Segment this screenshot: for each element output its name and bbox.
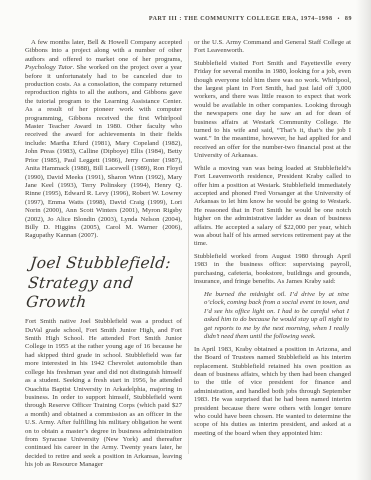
text-columns: A few months later, Bell & Howell Compan… [25, 39, 353, 470]
italic-title: Psychology Tutor [25, 64, 73, 71]
paragraph: or the U.S. Army Command and General Sta… [194, 39, 351, 56]
paragraph: In April 1983, Kraby obtained a position… [194, 346, 351, 438]
paragraph: Fort Smith native Joel Stubblefield was … [25, 318, 182, 469]
chapter-script-heading: Joel Stubblefield:Strategy and Growth [25, 254, 188, 313]
heading-line: Strategy and Growth [25, 273, 186, 312]
heading-line: Joel Stubblefield: [29, 254, 188, 274]
column-divider-rule [188, 41, 189, 454]
paragraph: A few months later, Bell & Howell Compan… [25, 39, 182, 241]
page-number: 89 [345, 16, 352, 22]
page-edge-shadow [356, 0, 371, 480]
right-column: or the U.S. Army Command and General Sta… [194, 39, 351, 470]
paragraph: Stubblefield worked from August 1980 thr… [194, 253, 351, 287]
paragraph: Stubblefield visited Fort Smith and Faye… [194, 60, 351, 161]
block-quote: He burned the midnight oil. I’d drive by… [204, 291, 349, 341]
running-header-title: PART III : THE COMMUNITY COLLEGE ERA, 19… [149, 16, 333, 22]
running-header: PART III : THE COMMUNITY COLLEGE ERA, 19… [0, 16, 352, 22]
header-bullet-separator: • [338, 17, 340, 22]
paragraph: While a moving van was being loaded at S… [194, 165, 351, 249]
left-column: A few months later, Bell & Howell Compan… [25, 39, 182, 470]
book-page: PART III : THE COMMUNITY COLLEGE ERA, 19… [0, 0, 371, 480]
